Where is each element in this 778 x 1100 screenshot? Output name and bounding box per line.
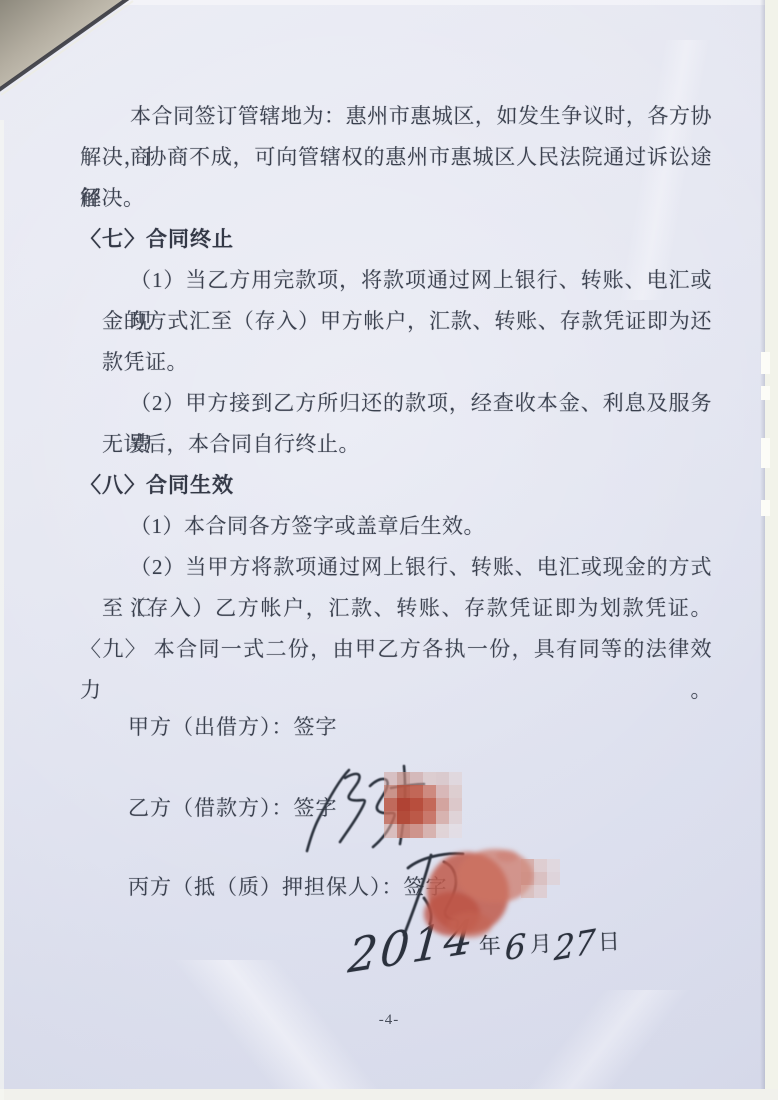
effectiveness-item2-line: 至（存入）乙方帐户，汇款、转账、存款凭证即为划款凭证。 bbox=[80, 588, 712, 629]
scanned-contract-page: 本合同签订管辖地为：惠州市惠城区，如发生争议时，各方协商 解决，协商不成，可向管… bbox=[0, 0, 778, 1100]
section-nine-copies-line: 〈九〉 本合同一式二份，由甲乙方各执一份，具有同等的法律效力。 bbox=[80, 629, 712, 670]
jurisdiction-clause-line: 解决。 bbox=[80, 178, 712, 219]
date-day-unit: 日 bbox=[597, 925, 620, 957]
scan-edge-right bbox=[765, 0, 778, 1100]
effectiveness-item2-line: （2）当甲方将款项通过网上银行、转账、电汇或现金的方式汇 bbox=[80, 547, 712, 588]
page-edge-notch bbox=[761, 386, 770, 400]
date-month: 6 bbox=[504, 926, 527, 968]
jurisdiction-clause-line: 解决，协商不成，可向管辖权的惠州市惠城区人民法院通过诉讼途径 bbox=[80, 137, 712, 178]
party-b-signature-label: 乙方（借款方）：签字 bbox=[128, 794, 338, 822]
termination-item1-line: 金的方式汇至（存入）甲方帐户，汇款、转账、存款凭证即为还 bbox=[80, 301, 712, 342]
page-edge-notch bbox=[761, 352, 770, 374]
page-number: -4- bbox=[0, 1012, 778, 1029]
termination-item1-line: （1）当乙方用完款项，将款项通过网上银行、转账、电汇或现 bbox=[80, 260, 712, 301]
party-a-signature-label: 甲方（出借方）：签字 bbox=[128, 713, 338, 741]
scan-edge-bottom bbox=[0, 1089, 778, 1100]
section-heading-termination: 〈七〉合同终止 bbox=[80, 219, 712, 260]
date-year-unit: 年 bbox=[478, 929, 501, 961]
termination-item1-line: 款凭证。 bbox=[80, 342, 712, 383]
contract-body-text: 本合同签订管辖地为：惠州市惠城区，如发生争议时，各方协商 解决，协商不成，可向管… bbox=[80, 96, 712, 670]
party-c-signature-label: 丙方（抵（质）押担保人）：签字 bbox=[128, 873, 448, 901]
scan-edge-left bbox=[0, 120, 4, 1100]
jurisdiction-clause-line: 本合同签订管辖地为：惠州市惠城区，如发生争议时，各方协商 bbox=[80, 96, 712, 137]
date-month-unit: 月 bbox=[529, 927, 552, 959]
page-edge-shadow bbox=[760, 0, 765, 1100]
date-day: 27 bbox=[554, 921, 597, 968]
section-heading-effectiveness: 〈八〉合同生效 bbox=[80, 465, 712, 506]
scan-edge-top bbox=[0, 0, 778, 5]
effectiveness-item1-line: （1）本合同各方签字或盖章后生效。 bbox=[80, 506, 712, 547]
handwritten-date: 2014年6月27日 bbox=[347, 911, 649, 991]
termination-item2-line: （2）甲方接到乙方所归还的款项，经查收本金、利息及服务费 bbox=[80, 383, 712, 424]
termination-item2-line: 无误后，本合同自行终止。 bbox=[80, 424, 712, 465]
page-edge-notch bbox=[761, 438, 770, 468]
page-edge-notch bbox=[761, 500, 770, 516]
